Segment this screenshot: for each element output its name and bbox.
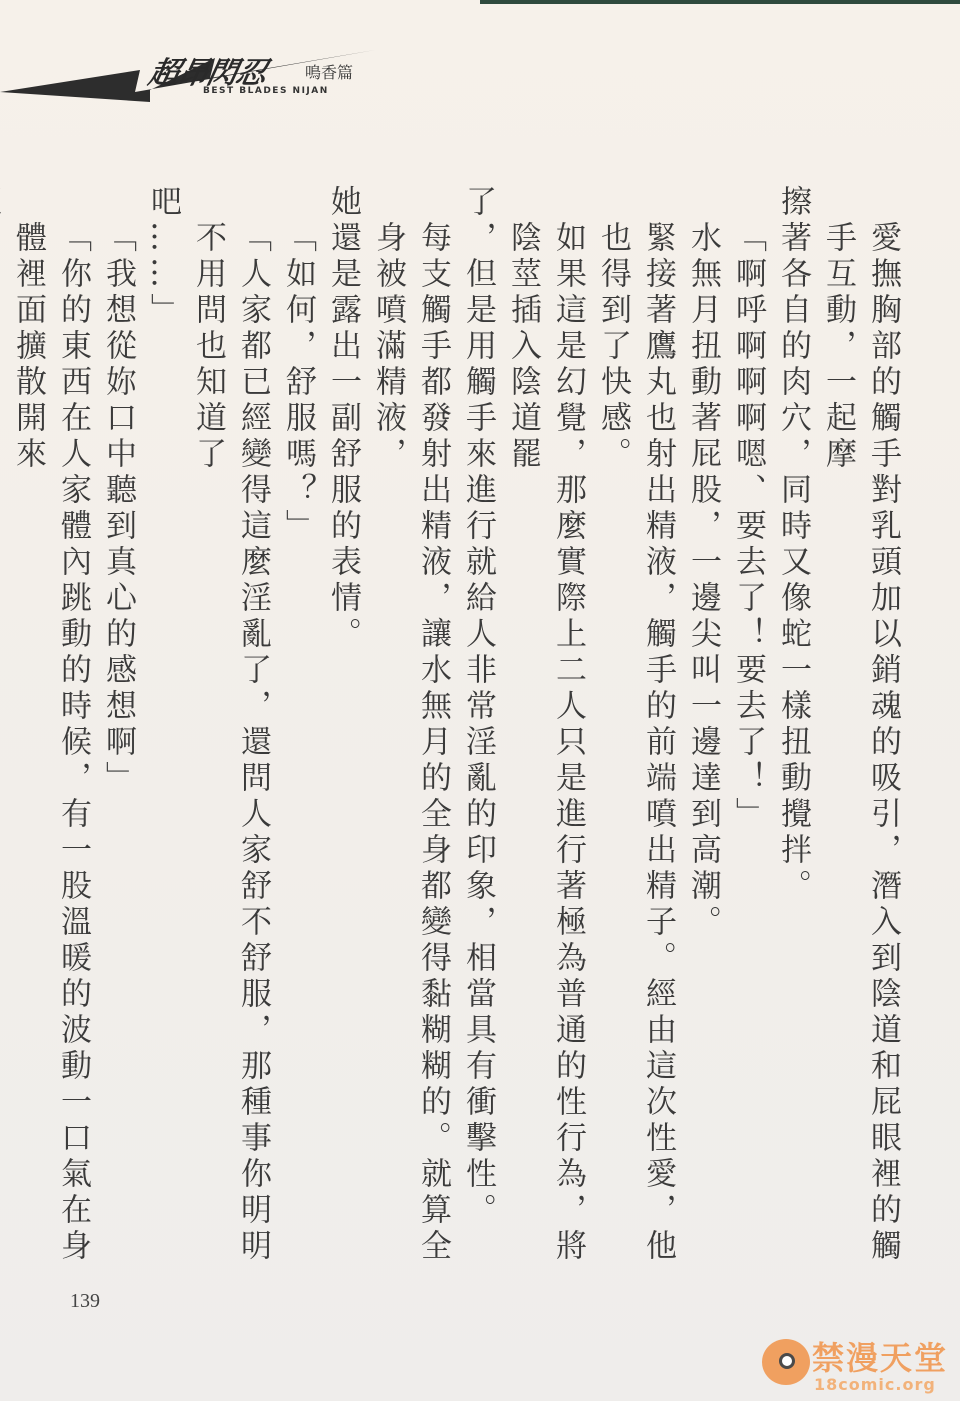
volume-title: 鳴香篇 (305, 60, 353, 83)
heart-eye-icon (779, 1353, 795, 1369)
watermark-url: 18comic.org (814, 1375, 936, 1394)
english-title: BEST BLADES NIJAN (203, 86, 329, 96)
watermark-title: 禁漫天堂 (812, 1333, 948, 1379)
text-column: 擦著各自的肉穴，同時又像蛇一樣扭動攪拌。 (770, 185, 815, 1275)
page-number: 139 (70, 1290, 100, 1313)
text-column: 「你的東西在人家體內跳動的時候，有一股溫暖的波動一口氣在身體裡面擴散開來 (5, 185, 95, 1275)
text-column: 「啊呼啊啊啊嗯、要去了！要去了！」 (725, 185, 770, 1275)
text-column: 「人家都已經變得這麼淫亂了，還問人家舒不舒服，那種事你明明不用問也知道了 (185, 185, 275, 1275)
mascot-icon (762, 1339, 810, 1385)
text-column: 「我想從妳口中聽到真心的感想啊」 (95, 185, 140, 1275)
text-column: 如果這是幻覺，那麼實際上二人只是進行著極為普通的性行為，將陰莖插入陰道罷 (500, 185, 590, 1275)
site-watermark: 禁漫天堂 18comic.org (750, 1325, 955, 1395)
text-column: 水無月扭動著屁股，一邊尖叫一邊達到高潮。 (680, 185, 725, 1275)
text-column: 愛撫胸部的觸手對乳頭加以銷魂的吸引，潛入到陰道和屁眼裡的觸手互動，一起摩 (815, 185, 905, 1275)
text-column: 她還是露出一副舒服的表情。 (320, 185, 365, 1275)
text-column: 緊接著鷹丸也射出精液，觸手的前端噴出精子。經由這次性愛，他也得到了快感。 (590, 185, 680, 1275)
running-header-logo: 超昂閃忍 鳴香篇 BEST BLADES NIJAN (0, 40, 400, 110)
text-column: 吧……」 (140, 185, 185, 1275)
text-column: 「如何，舒服嗎？」 (275, 185, 320, 1275)
text-column: 了，但是用觸手來進行就給人非常淫亂的印象，相當具有衝擊性。 (455, 185, 500, 1275)
vertical-body-text: 愛撫胸部的觸手對乳頭加以銷魂的吸引，潛入到陰道和屁眼裡的觸手互動，一起摩 擦著各… (0, 185, 905, 1275)
text-column: 每支觸手都發射出精液，讓水無月的全身都變得黏糊糊的。就算全身被噴滿精液， (365, 185, 455, 1275)
top-edge-strip (480, 0, 960, 4)
